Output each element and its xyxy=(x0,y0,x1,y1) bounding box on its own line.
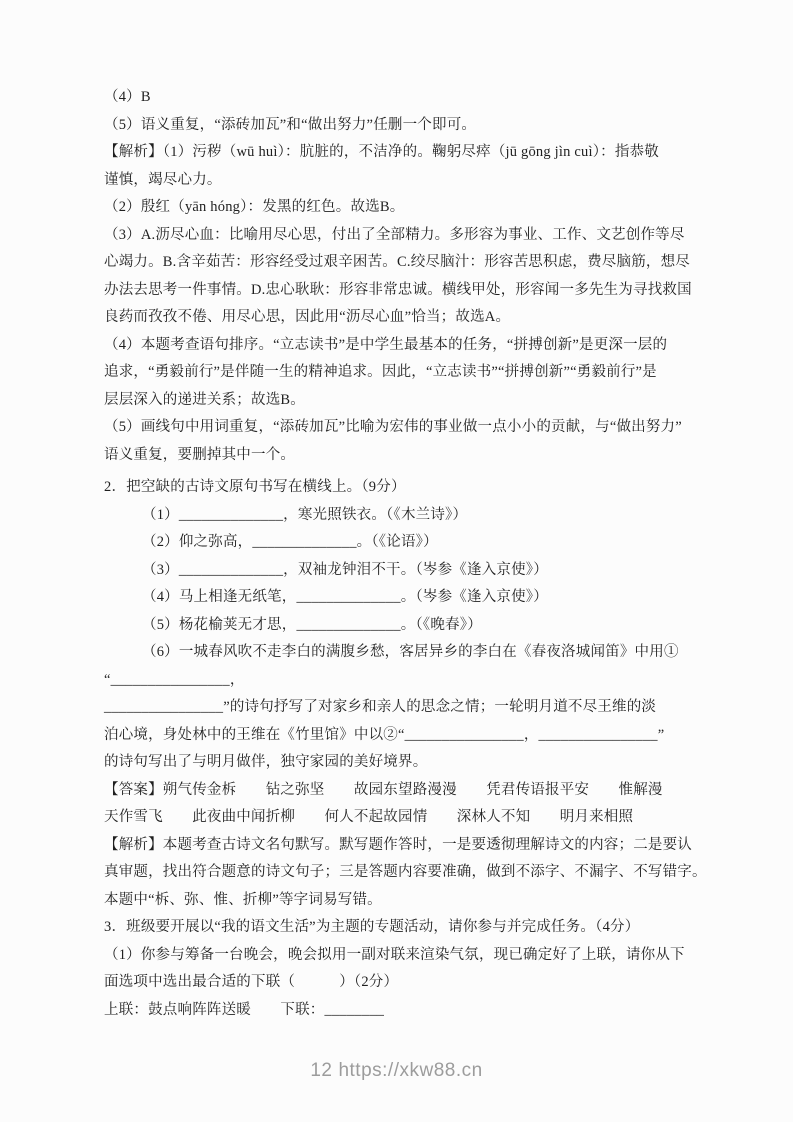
q1-analysis-line-4: （3）A.沥尽心血：比喻用尽心思，付出了全部精力。多形容为事业、工作、文艺创作等… xyxy=(104,222,694,250)
q1-analysis-line-11: （5）画线句中用词重复，“添砖加瓦”比喻为宏伟的事业做一点小小的贡献，与“做出努… xyxy=(104,414,694,442)
q2-blank-item-6-line-5: 的诗句写出了与明月做伴，独守家园的美好境界。 xyxy=(104,749,694,777)
q2-analysis-line-3: 本题中“柝、弥、惟、折柳”等字词易写错。 xyxy=(104,887,694,915)
q2-blank-item-1: （1）______________，寒光照铁衣。（《木兰诗》） xyxy=(104,502,694,530)
q3-sub1-line-2: 面选项中选出最合适的下联（ ）（2分） xyxy=(104,969,694,997)
q3-sub1-line-1: （1）你参与筹备一台晚会，晚会拟用一副对联来渲染气氛，现已确定好了上联，请你从下 xyxy=(104,942,694,970)
q2-answer-line-1: 【答案】朔气传金柝 钻之弥坚 故园东望路漫漫 凭君传语报平安 惟解漫 xyxy=(104,777,694,805)
q2-blank-item-2: （2）仰之弥高，______________。（《论语》） xyxy=(104,529,694,557)
exam-answer-page: （4）B （5）语义重复，“添砖加瓦”和“做出努力”任删一个即可。 【解析】（1… xyxy=(0,0,793,1122)
q2-blank-item-4: （4）马上相逢无纸笔，______________。（岑参《逢入京使》） xyxy=(104,584,694,612)
q2-answer-line-2: 天作雪飞 此夜曲中闻折柳 何人不起故园情 深林人不知 明月来相照 xyxy=(104,804,694,832)
page-footer: 12https://xkw88.cn xyxy=(0,1060,793,1082)
q1-analysis-line-6: 办法去思考一件事情。D.忠心耿耿：形容非常忠诚。横线甲处，形容闻一多先生为寻找救… xyxy=(104,277,694,305)
q2-analysis-line-2: 真审题，找出符合题意的诗文句子；三是答题内容要准确，做到不添字、不漏字、不写错字… xyxy=(104,859,694,887)
exam-content-block: （4）B （5）语义重复，“添砖加瓦”和“做出努力”任删一个即可。 【解析】（1… xyxy=(104,84,694,1024)
q1-analysis-line-10: 层层深入的递进关系；故选B。 xyxy=(104,387,694,415)
q2-blank-item-3: （3）______________，双袖龙钟泪不干。（岑参《逢入京使》） xyxy=(104,557,694,585)
q1-answer-item-4: （4）B xyxy=(104,84,694,112)
q1-answer-item-5: （5）语义重复，“添砖加瓦”和“做出努力”任删一个即可。 xyxy=(104,112,694,140)
q2-analysis-line-1: 【解析】本题考查古诗文名句默写。默写题作答时，一是要透彻理解诗文的内容；二是要认 xyxy=(104,832,694,860)
q2-blank-item-6-line-4: 泊心境，身处林中的王维在《竹里馆》中以②“________________，__… xyxy=(104,722,694,750)
q1-analysis-line-7: 良药而孜孜不倦、用尽心思，因此用“沥尽心血”恰当；故选A。 xyxy=(104,304,694,332)
q2-blank-item-6-line-1: （6）一城春风吹不走李白的满腹乡愁，客居异乡的李白在《春夜洛城闻笛》中用① xyxy=(104,639,694,667)
footer-url: https://xkw88.cn xyxy=(335,1060,485,1081)
q1-analysis-line-9: 追求，“勇毅前行”是伴随一生的精神追求。因此，“立志读书”“拼搏创新”“勇毅前行… xyxy=(104,359,694,387)
q1-analysis-line-3: （2）殷红（yān hóng）：发黑的红色。故选B。 xyxy=(104,194,694,222)
q1-analysis-line-1: 【解析】（1）污秽（wū huì）：肮脏的，不洁净的。鞠躬尽瘁（jū gōng … xyxy=(104,139,694,167)
q1-analysis-line-5: 心竭力。B.含辛茹苦：形容经受过艰辛困苦。C.绞尽脑汁：形容苦思积虑，费尽脑筋，… xyxy=(104,249,694,277)
q2-blank-item-5: （5）杨花榆荚无才思，______________。（《晚春》） xyxy=(104,612,694,640)
q1-analysis-line-2: 谨慎，竭尽心力。 xyxy=(104,167,694,195)
q2-blank-item-6-line-3: ________________”的诗句抒写了对家乡和亲人的思念之情；一轮明月道… xyxy=(104,694,694,722)
q3-couplet-line: 上联：鼓点响阵阵送暖 下联：________ xyxy=(104,997,694,1025)
page-number: 12 xyxy=(307,1060,335,1081)
question-3-stem: 3．班级要开展以“我的语文生活”为主题的专题活动，请你参与并完成任务。（4分） xyxy=(104,914,694,942)
q1-analysis-line-8: （4）本题考查语句排序。“立志读书”是中学生最基本的任务，“拼搏创新”是更深一层… xyxy=(104,332,694,360)
q1-analysis-line-12: 语义重复，要删掉其中一个。 xyxy=(104,442,694,470)
q2-blank-item-6-line-2: “________________， xyxy=(104,667,694,695)
question-2-stem: 2．把空缺的古诗文原句书写在横线上。（9分） xyxy=(104,474,694,502)
